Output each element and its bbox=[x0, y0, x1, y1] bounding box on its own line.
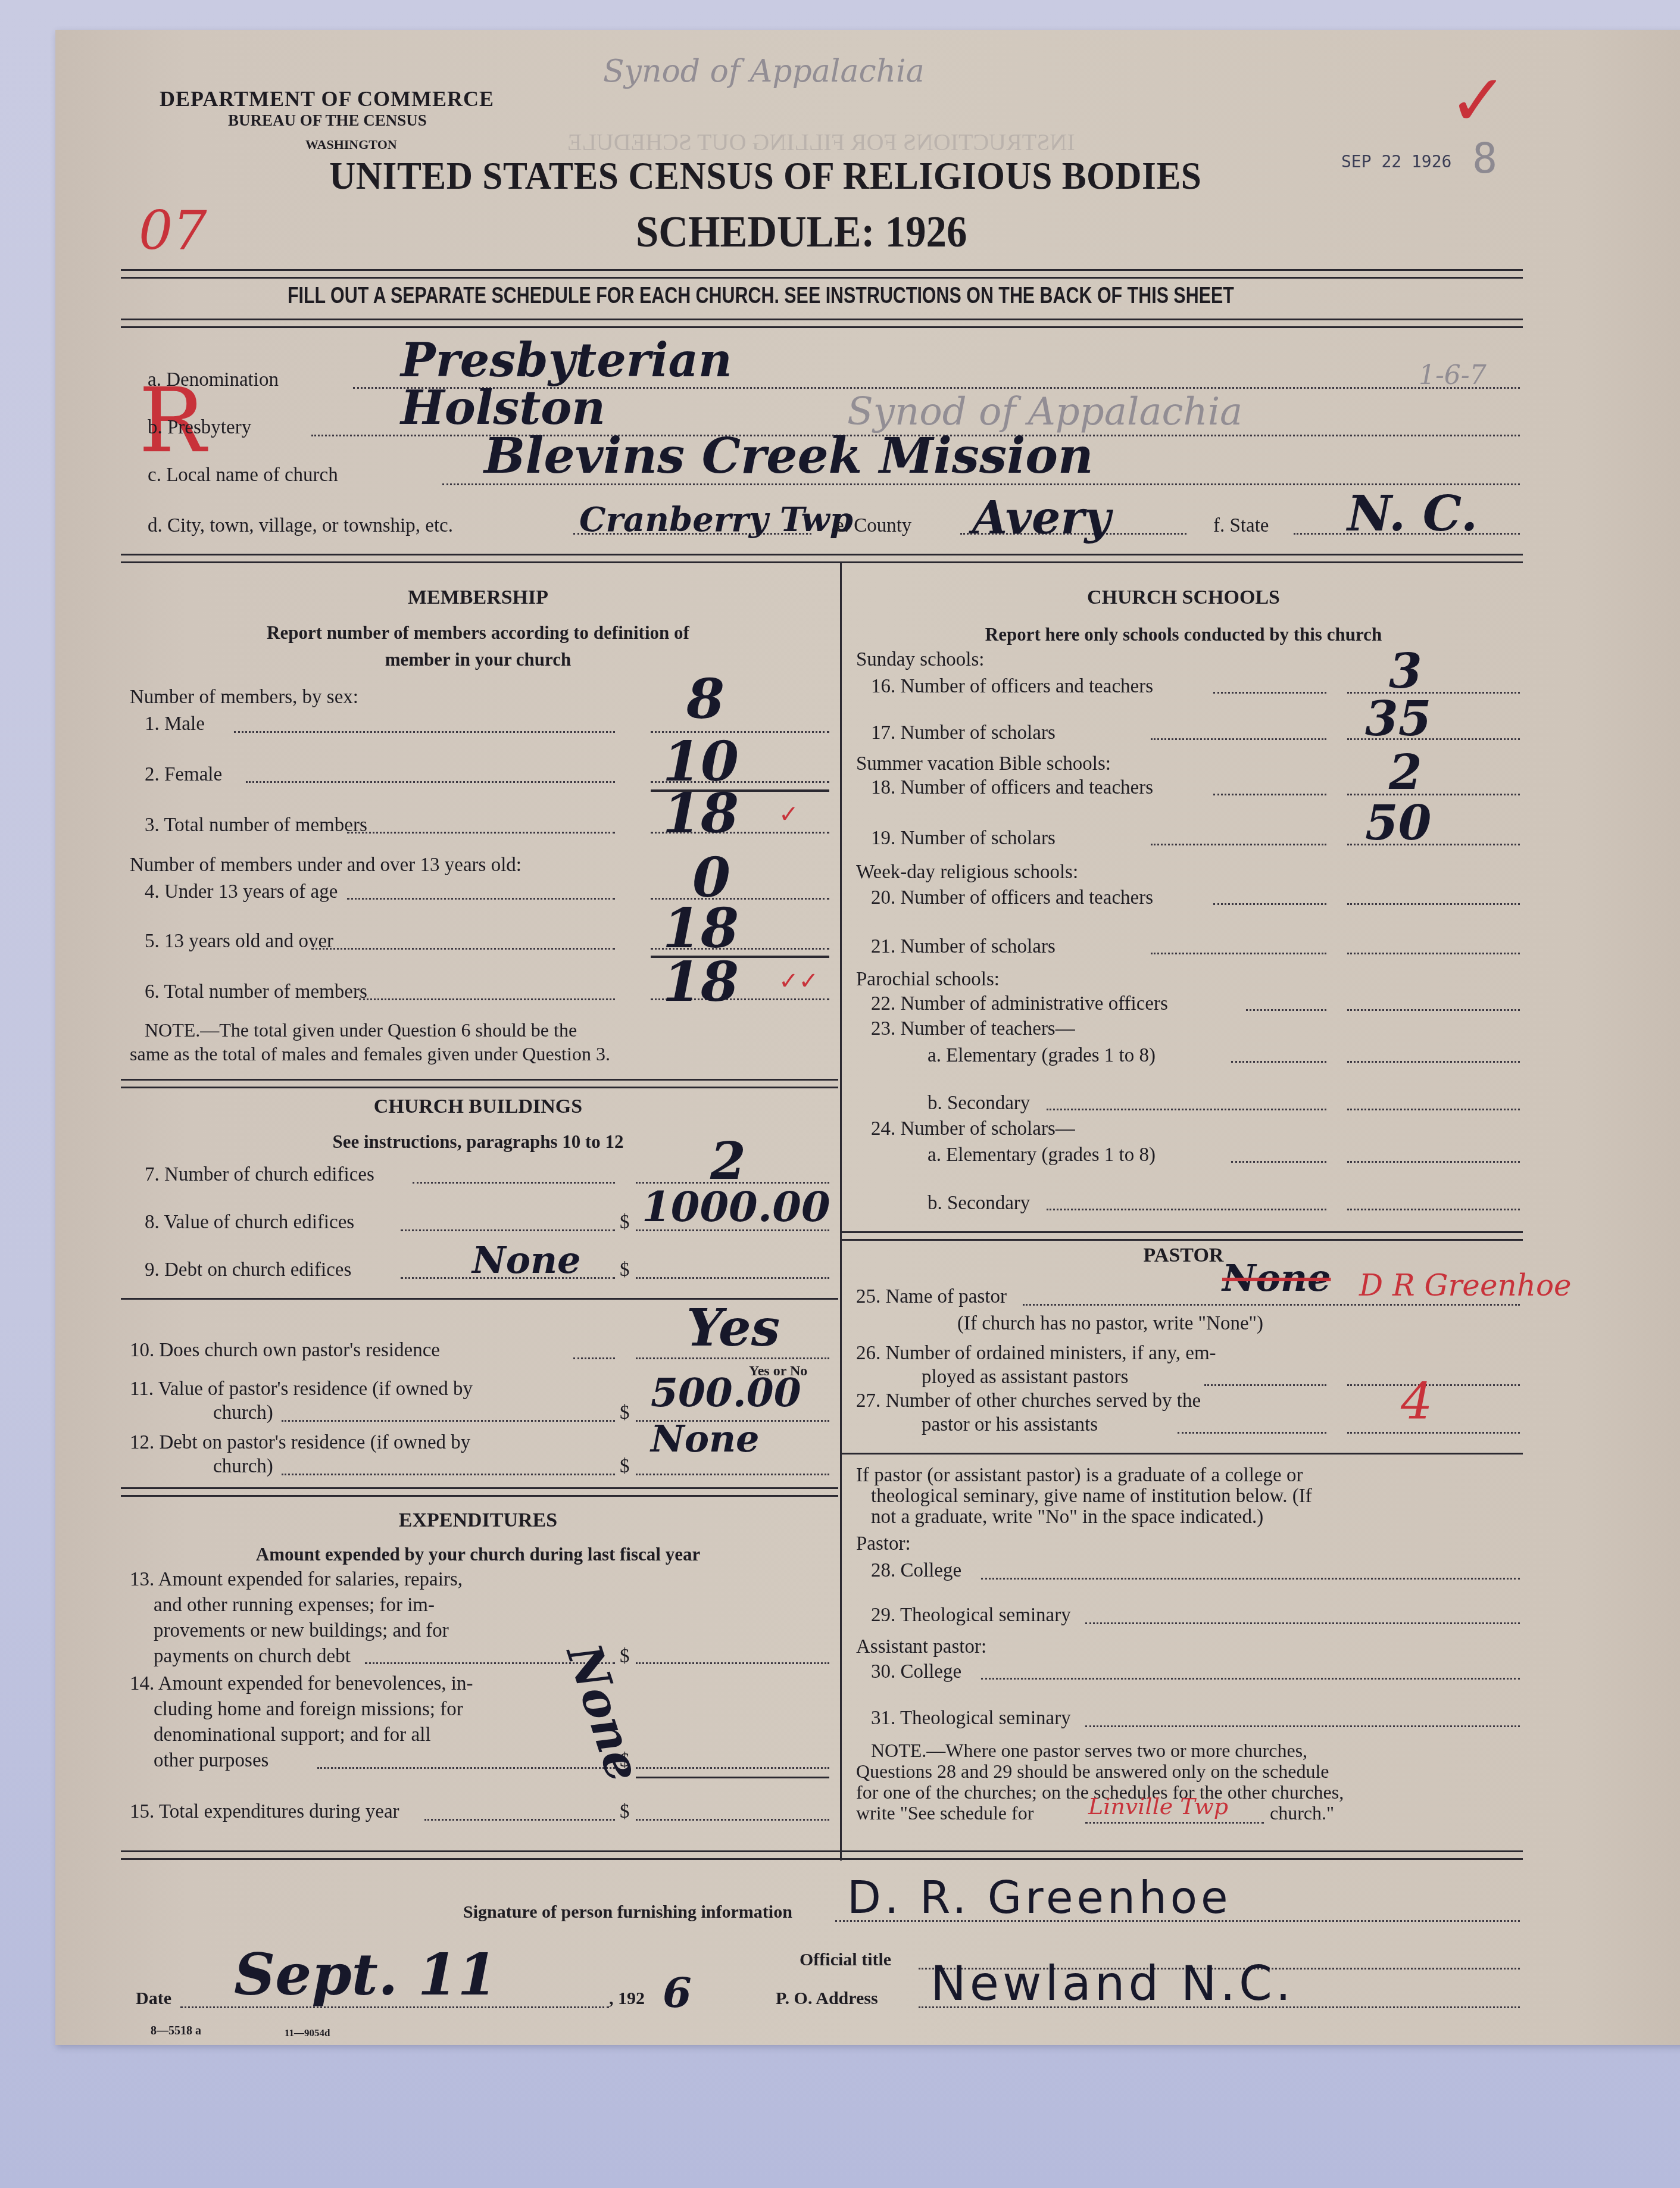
identification-double-rule bbox=[121, 554, 1523, 563]
dollar-sign: $ bbox=[620, 1456, 630, 1478]
scholars-secondary-label: b. Secondary bbox=[928, 1193, 1030, 1215]
dollar-sign: $ bbox=[620, 1212, 630, 1234]
assistant-college-field[interactable] bbox=[981, 1678, 1520, 1680]
owns-residence-leader bbox=[573, 1357, 615, 1359]
edifices-debt-label: 9. Debt on church edifices bbox=[145, 1259, 351, 1281]
pastor-name-label: 25. Name of pastor bbox=[856, 1286, 1007, 1308]
male-leader bbox=[234, 731, 615, 733]
red-check-mark-icon: ✓ bbox=[1448, 60, 1509, 142]
pencil-code: 1-6-7 bbox=[1419, 360, 1487, 391]
other-churches-label-2: pastor or his assistants bbox=[922, 1414, 1098, 1436]
see-schedule-field[interactable] bbox=[1085, 1822, 1264, 1824]
column-divider bbox=[840, 563, 842, 1861]
pastor-heading: PASTOR bbox=[844, 1244, 1523, 1267]
residence-debt-value: None bbox=[651, 1417, 760, 1460]
dollar-sign: $ bbox=[620, 1801, 630, 1823]
county-value: Avery bbox=[972, 491, 1111, 544]
form-number: 8—5518 a bbox=[151, 2024, 201, 2038]
total-members-2-leader bbox=[359, 998, 615, 1000]
sunday-scholars-label: 17. Number of scholars bbox=[871, 722, 1056, 744]
assistant-seminary-label: 31. Theological seminary bbox=[871, 1708, 1071, 1730]
red-check-icon: ✓ bbox=[779, 801, 799, 828]
summer-officers-value: 2 bbox=[1389, 744, 1422, 800]
pastor-separator bbox=[841, 1453, 1523, 1454]
membership-subtitle-2: member in your church bbox=[121, 646, 835, 673]
total-members-2-value: 18 bbox=[663, 950, 739, 1014]
county-label: e. County bbox=[835, 515, 911, 537]
weekday-schools-heading: Week-day religious schools: bbox=[856, 862, 1078, 884]
expenditures-subtitle: Amount expended by your church during la… bbox=[121, 1541, 835, 1568]
print-number: 11—9054d bbox=[285, 2027, 330, 2039]
membership-double-rule bbox=[121, 1079, 838, 1088]
residence-value-label-2: church) bbox=[213, 1402, 273, 1424]
edifices-value-label: 8. Value of church edifices bbox=[145, 1212, 354, 1234]
summer-scholars-value: 50 bbox=[1365, 795, 1431, 851]
total-expenditures-field[interactable] bbox=[636, 1819, 829, 1821]
presbytery-label: b. Presbytery bbox=[148, 417, 251, 439]
residence-debt-field[interactable] bbox=[636, 1474, 829, 1475]
by-age-label: Number of members under and over 13 year… bbox=[130, 854, 522, 876]
under-13-leader bbox=[347, 898, 615, 900]
teachers-elementary-leader bbox=[1231, 1061, 1326, 1063]
scholars-elementary-leader bbox=[1231, 1161, 1326, 1163]
year-prefix: , 192 bbox=[609, 1989, 645, 2009]
other-churches-field[interactable] bbox=[1347, 1432, 1520, 1434]
scholars-secondary-leader bbox=[1047, 1209, 1326, 1210]
denomination-label: a. Denomination bbox=[148, 369, 279, 391]
dollar-sign: $ bbox=[620, 1259, 630, 1281]
residence-debt-leader bbox=[282, 1474, 615, 1475]
scholars-elementary-label: a. Elementary (grades 1 to 8) bbox=[928, 1144, 1156, 1166]
sum-underline-3 bbox=[636, 1777, 829, 1778]
over-13-label: 5. 13 years old and over bbox=[145, 931, 333, 953]
edifices-debt-field[interactable] bbox=[636, 1277, 829, 1279]
teachers-secondary-field[interactable] bbox=[1347, 1109, 1520, 1110]
expenditures-none-value: None bbox=[556, 1637, 652, 1788]
sunday-officers-leader bbox=[1213, 692, 1326, 694]
pastor-college-label: 28. College bbox=[871, 1560, 961, 1582]
pencil-note-top: Synod of Appalachia bbox=[603, 54, 925, 89]
township-label: d. City, town, village, or township, etc… bbox=[148, 515, 453, 537]
sunday-scholars-value: 35 bbox=[1365, 691, 1431, 747]
graduate-instruction-2: theological seminary, give name of insti… bbox=[871, 1485, 1312, 1507]
membership-subtitle-1: Report number of members according to de… bbox=[121, 619, 835, 646]
red-pencil-number: 07 bbox=[139, 199, 207, 262]
other-churches-label-1: 27. Number of other churches served by t… bbox=[856, 1390, 1201, 1412]
year-value: 6 bbox=[663, 1968, 692, 2017]
membership-heading: MEMBERSHIP bbox=[121, 586, 835, 609]
running-expenses-field[interactable] bbox=[636, 1662, 829, 1664]
over-13-leader bbox=[311, 948, 615, 950]
dollar-sign: $ bbox=[620, 1646, 630, 1668]
running-expenses-label-2: and other running expenses; for im- bbox=[154, 1594, 435, 1616]
total-members-leader bbox=[347, 832, 615, 834]
running-expenses-label-3: provements or new buildings; and for bbox=[154, 1620, 449, 1642]
owns-residence-value: Yes bbox=[686, 1298, 780, 1358]
graduate-instruction-3: not a graduate, write "No" in the space … bbox=[871, 1506, 1263, 1528]
red-check-icon: ✓✓ bbox=[779, 967, 819, 995]
scholars-elementary-field[interactable] bbox=[1347, 1161, 1520, 1163]
running-expenses-label-4: payments on church debt bbox=[154, 1646, 351, 1668]
pastor-name-struck-value: None bbox=[1222, 1256, 1331, 1300]
residence-value-label: 11. Value of pastor's residence (if owne… bbox=[130, 1378, 473, 1400]
city-heading: WASHINGTON bbox=[305, 137, 397, 152]
date-label: Date bbox=[136, 1989, 171, 2009]
membership-note-line-2: same as the total of males and females g… bbox=[130, 1042, 610, 1066]
pastor-college-field[interactable] bbox=[981, 1578, 1520, 1580]
date-value: Sept. 11 bbox=[234, 1941, 497, 2008]
residence-value-value: 500.00 bbox=[651, 1369, 801, 1416]
assistant-pastors-leader bbox=[1204, 1384, 1326, 1386]
weekday-scholars-field[interactable] bbox=[1347, 953, 1520, 954]
membership-note-line-1: NOTE.—The total given under Question 6 s… bbox=[145, 1018, 577, 1042]
pastor-note-line-2: Questions 28 and 29 should be answered o… bbox=[856, 1759, 1329, 1783]
female-label: 2. Female bbox=[145, 764, 222, 786]
township-value: Cranberry Twp bbox=[579, 500, 853, 539]
male-label: 1. Male bbox=[145, 713, 205, 735]
expenditures-heading: EXPENDITURES bbox=[121, 1509, 835, 1532]
pastor-seminary-field[interactable] bbox=[1085, 1622, 1520, 1624]
pastor-note-line-1: NOTE.—Where one pastor serves two or mor… bbox=[871, 1738, 1307, 1762]
edifices-debt-value: None bbox=[472, 1238, 581, 1282]
received-date-stamp: SEP 22 1926 bbox=[1341, 152, 1451, 171]
summer-schools-heading: Summer vacation Bible schools: bbox=[856, 753, 1111, 775]
female-leader bbox=[246, 781, 615, 783]
weekday-officers-field[interactable] bbox=[1347, 903, 1520, 905]
residence-debt-label: 12. Debt on pastor's residence (if owned… bbox=[130, 1432, 470, 1454]
denomination-value: Presbyterian bbox=[401, 333, 732, 388]
teachers-secondary-label: b. Secondary bbox=[928, 1093, 1030, 1115]
church-name-value: Blevins Creek Mission bbox=[484, 427, 1094, 485]
total-expenditures-leader bbox=[424, 1819, 615, 1821]
church-name-label: c. Local name of church bbox=[148, 464, 338, 486]
pastor-note-line-4a: write "See schedule for bbox=[856, 1801, 1033, 1825]
total-members-2-label: 6. Total number of members bbox=[145, 981, 367, 1003]
dollar-sign: $ bbox=[620, 1402, 630, 1424]
residence-debt-label-2: church) bbox=[213, 1456, 273, 1478]
footer-double-rule bbox=[121, 1850, 1523, 1860]
total-members-value: 18 bbox=[663, 781, 739, 845]
male-value: 8 bbox=[686, 667, 725, 731]
weekday-scholars-label: 21. Number of scholars bbox=[871, 936, 1056, 958]
residence-value-leader bbox=[282, 1420, 615, 1422]
sunday-officers-label: 16. Number of officers and teachers bbox=[871, 676, 1153, 698]
instruction-double-rule bbox=[121, 319, 1523, 328]
scholars-label: 24. Number of scholars— bbox=[871, 1118, 1075, 1140]
assistant-pastors-label-1: 26. Number of ordained ministers, if any… bbox=[856, 1343, 1216, 1365]
summer-scholars-label: 19. Number of scholars bbox=[871, 828, 1056, 850]
owns-residence-label: 10. Does church own pastor's residence bbox=[130, 1340, 440, 1362]
pastor-name-field[interactable] bbox=[1023, 1304, 1520, 1306]
signature-value: D. R. Greenhoe bbox=[847, 1872, 1232, 1924]
admin-officers-field[interactable] bbox=[1347, 1009, 1520, 1011]
graduate-instruction-1: If pastor (or assistant pastor) is a gra… bbox=[856, 1465, 1303, 1487]
pastor-note-line-4b: church." bbox=[1270, 1801, 1334, 1825]
weekday-scholars-leader bbox=[1151, 953, 1326, 954]
parochial-schools-heading: Parochial schools: bbox=[856, 969, 1000, 991]
church-schools-heading: CHURCH SCHOOLS bbox=[844, 586, 1523, 609]
other-churches-leader bbox=[1178, 1432, 1326, 1434]
schedule-title: SCHEDULE: 1926 bbox=[636, 207, 967, 258]
by-sex-label: Number of members, by sex: bbox=[130, 686, 358, 708]
department-heading: DEPARTMENT OF COMMERCE bbox=[160, 86, 494, 111]
census-schedule-sheet: INSTRUCTIONS FOR FILLING OUT SCHEDULE DE… bbox=[55, 30, 1680, 2045]
weekday-officers-label: 20. Number of officers and teachers bbox=[871, 887, 1153, 909]
assistant-education-heading: Assistant pastor: bbox=[856, 1636, 986, 1658]
buildings-heading: CHURCH BUILDINGS bbox=[121, 1095, 835, 1118]
teachers-elementary-label: a. Elementary (grades 1 to 8) bbox=[928, 1045, 1156, 1067]
benevolences-leader bbox=[317, 1767, 615, 1769]
summer-scholars-leader bbox=[1151, 844, 1326, 845]
teachers-label: 23. Number of teachers— bbox=[871, 1018, 1075, 1040]
edifices-count-label: 7. Number of church edifices bbox=[145, 1164, 374, 1186]
assistant-pastors-label-2: ployed as assistant pastors bbox=[922, 1366, 1128, 1388]
pastor-seminary-label: 29. Theological seminary bbox=[871, 1605, 1071, 1627]
total-expenditures-label: 15. Total expenditures during year bbox=[130, 1801, 399, 1823]
benevolences-field[interactable] bbox=[636, 1767, 829, 1769]
pastor-education-heading: Pastor: bbox=[856, 1533, 911, 1555]
address-value: Newland N.C. bbox=[930, 1956, 1294, 2011]
total-members-label: 3. Total number of members bbox=[145, 814, 367, 837]
summer-officers-label: 18. Number of officers and teachers bbox=[871, 777, 1153, 799]
address-label: P. O. Address bbox=[776, 1989, 878, 2009]
header-double-rule bbox=[121, 269, 1523, 279]
weekday-officers-leader bbox=[1213, 903, 1326, 905]
buildings-double-rule bbox=[121, 1487, 838, 1497]
see-schedule-value: Linville Twp bbox=[1088, 1793, 1228, 1819]
assistant-pastors-field[interactable] bbox=[1347, 1384, 1520, 1386]
bureau-heading: BUREAU OF THE CENSUS bbox=[228, 111, 427, 130]
official-title-label: Official title bbox=[800, 1950, 891, 1970]
pastor-name-red-value: D R Greenhoe bbox=[1359, 1268, 1572, 1303]
assistant-seminary-field[interactable] bbox=[1085, 1725, 1520, 1727]
edifices-value-leader bbox=[401, 1229, 615, 1231]
form-title: UNITED STATES CENSUS OF RELIGIOUS BODIES bbox=[329, 154, 1201, 199]
summer-officers-leader bbox=[1213, 794, 1326, 795]
fill-out-instruction: FILL OUT A SEPARATE SCHEDULE FOR EACH CH… bbox=[288, 283, 1234, 309]
state-label: f. State bbox=[1213, 515, 1269, 537]
state-value: N. C. bbox=[1347, 485, 1478, 542]
benevolences-label-3: denominational support; and for all bbox=[154, 1724, 431, 1746]
assistant-college-label: 30. College bbox=[871, 1661, 961, 1683]
benevolences-label-4: other purposes bbox=[154, 1750, 268, 1772]
benevolences-label-2: cluding home and foreign missions; for bbox=[154, 1699, 463, 1721]
running-expenses-label-1: 13. Amount expended for salaries, repair… bbox=[130, 1569, 463, 1591]
admin-officers-leader bbox=[1246, 1009, 1326, 1011]
pastor-name-hint: (If church has no pastor, write "None") bbox=[957, 1313, 1263, 1335]
edifices-value-value: 1000.00 bbox=[642, 1182, 830, 1231]
bleed-through-heading: INSTRUCTIONS FOR FILLING OUT SCHEDULE bbox=[567, 128, 1075, 156]
sunday-scholars-leader bbox=[1151, 738, 1326, 740]
under-13-label: 4. Under 13 years of age bbox=[145, 881, 338, 903]
benevolences-label-1: 14. Amount expended for benevolences, in… bbox=[130, 1673, 473, 1695]
signature-label: Signature of person furnishing informati… bbox=[463, 1902, 792, 1922]
edifices-count-leader bbox=[413, 1182, 615, 1184]
admin-officers-label: 22. Number of administrative officers bbox=[871, 993, 1168, 1015]
scholars-secondary-field[interactable] bbox=[1347, 1209, 1520, 1210]
sunday-schools-heading: Sunday schools: bbox=[856, 649, 984, 671]
teachers-elementary-field[interactable] bbox=[1347, 1061, 1520, 1063]
schools-double-rule bbox=[841, 1231, 1523, 1241]
teachers-secondary-leader bbox=[1047, 1109, 1326, 1110]
other-churches-red-value: 4 bbox=[1401, 1372, 1432, 1431]
